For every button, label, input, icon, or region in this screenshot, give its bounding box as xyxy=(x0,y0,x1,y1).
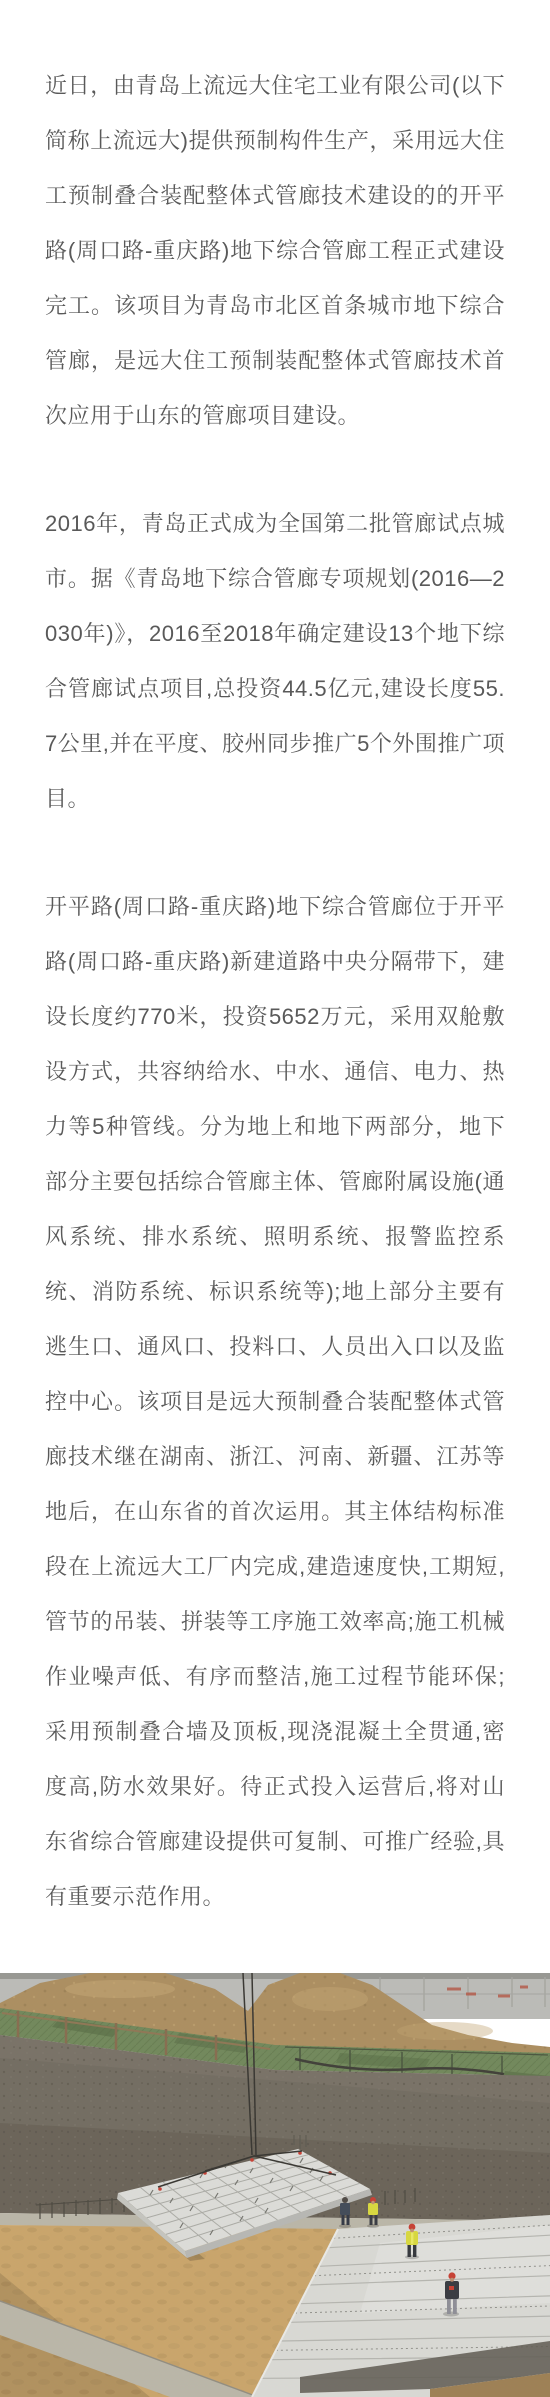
article-paragraph: 开平路(周口路-重庆路)地下综合管廊位于开平路(周口路-重庆路)新建道路中央分隔… xyxy=(45,879,505,1924)
article-paragraph: 近日，由青岛上流远大住宅工业有限公司(以下简称上流远大)提供预制构件生产，采用远… xyxy=(45,58,505,443)
construction-photo[interactable] xyxy=(0,1973,550,2397)
haze-overlay xyxy=(0,1973,550,2397)
article-body: 近日，由青岛上流远大住宅工业有限公司(以下简称上流远大)提供预制构件生产，采用远… xyxy=(0,0,550,1924)
article-paragraph: 2016年，青岛正式成为全国第二批管廊试点城市。据《青岛地下综合管廊专项规划(2… xyxy=(45,496,505,826)
article-page: 近日，由青岛上流远大住宅工业有限公司(以下简称上流远大)提供预制构件生产，采用远… xyxy=(0,0,550,2397)
